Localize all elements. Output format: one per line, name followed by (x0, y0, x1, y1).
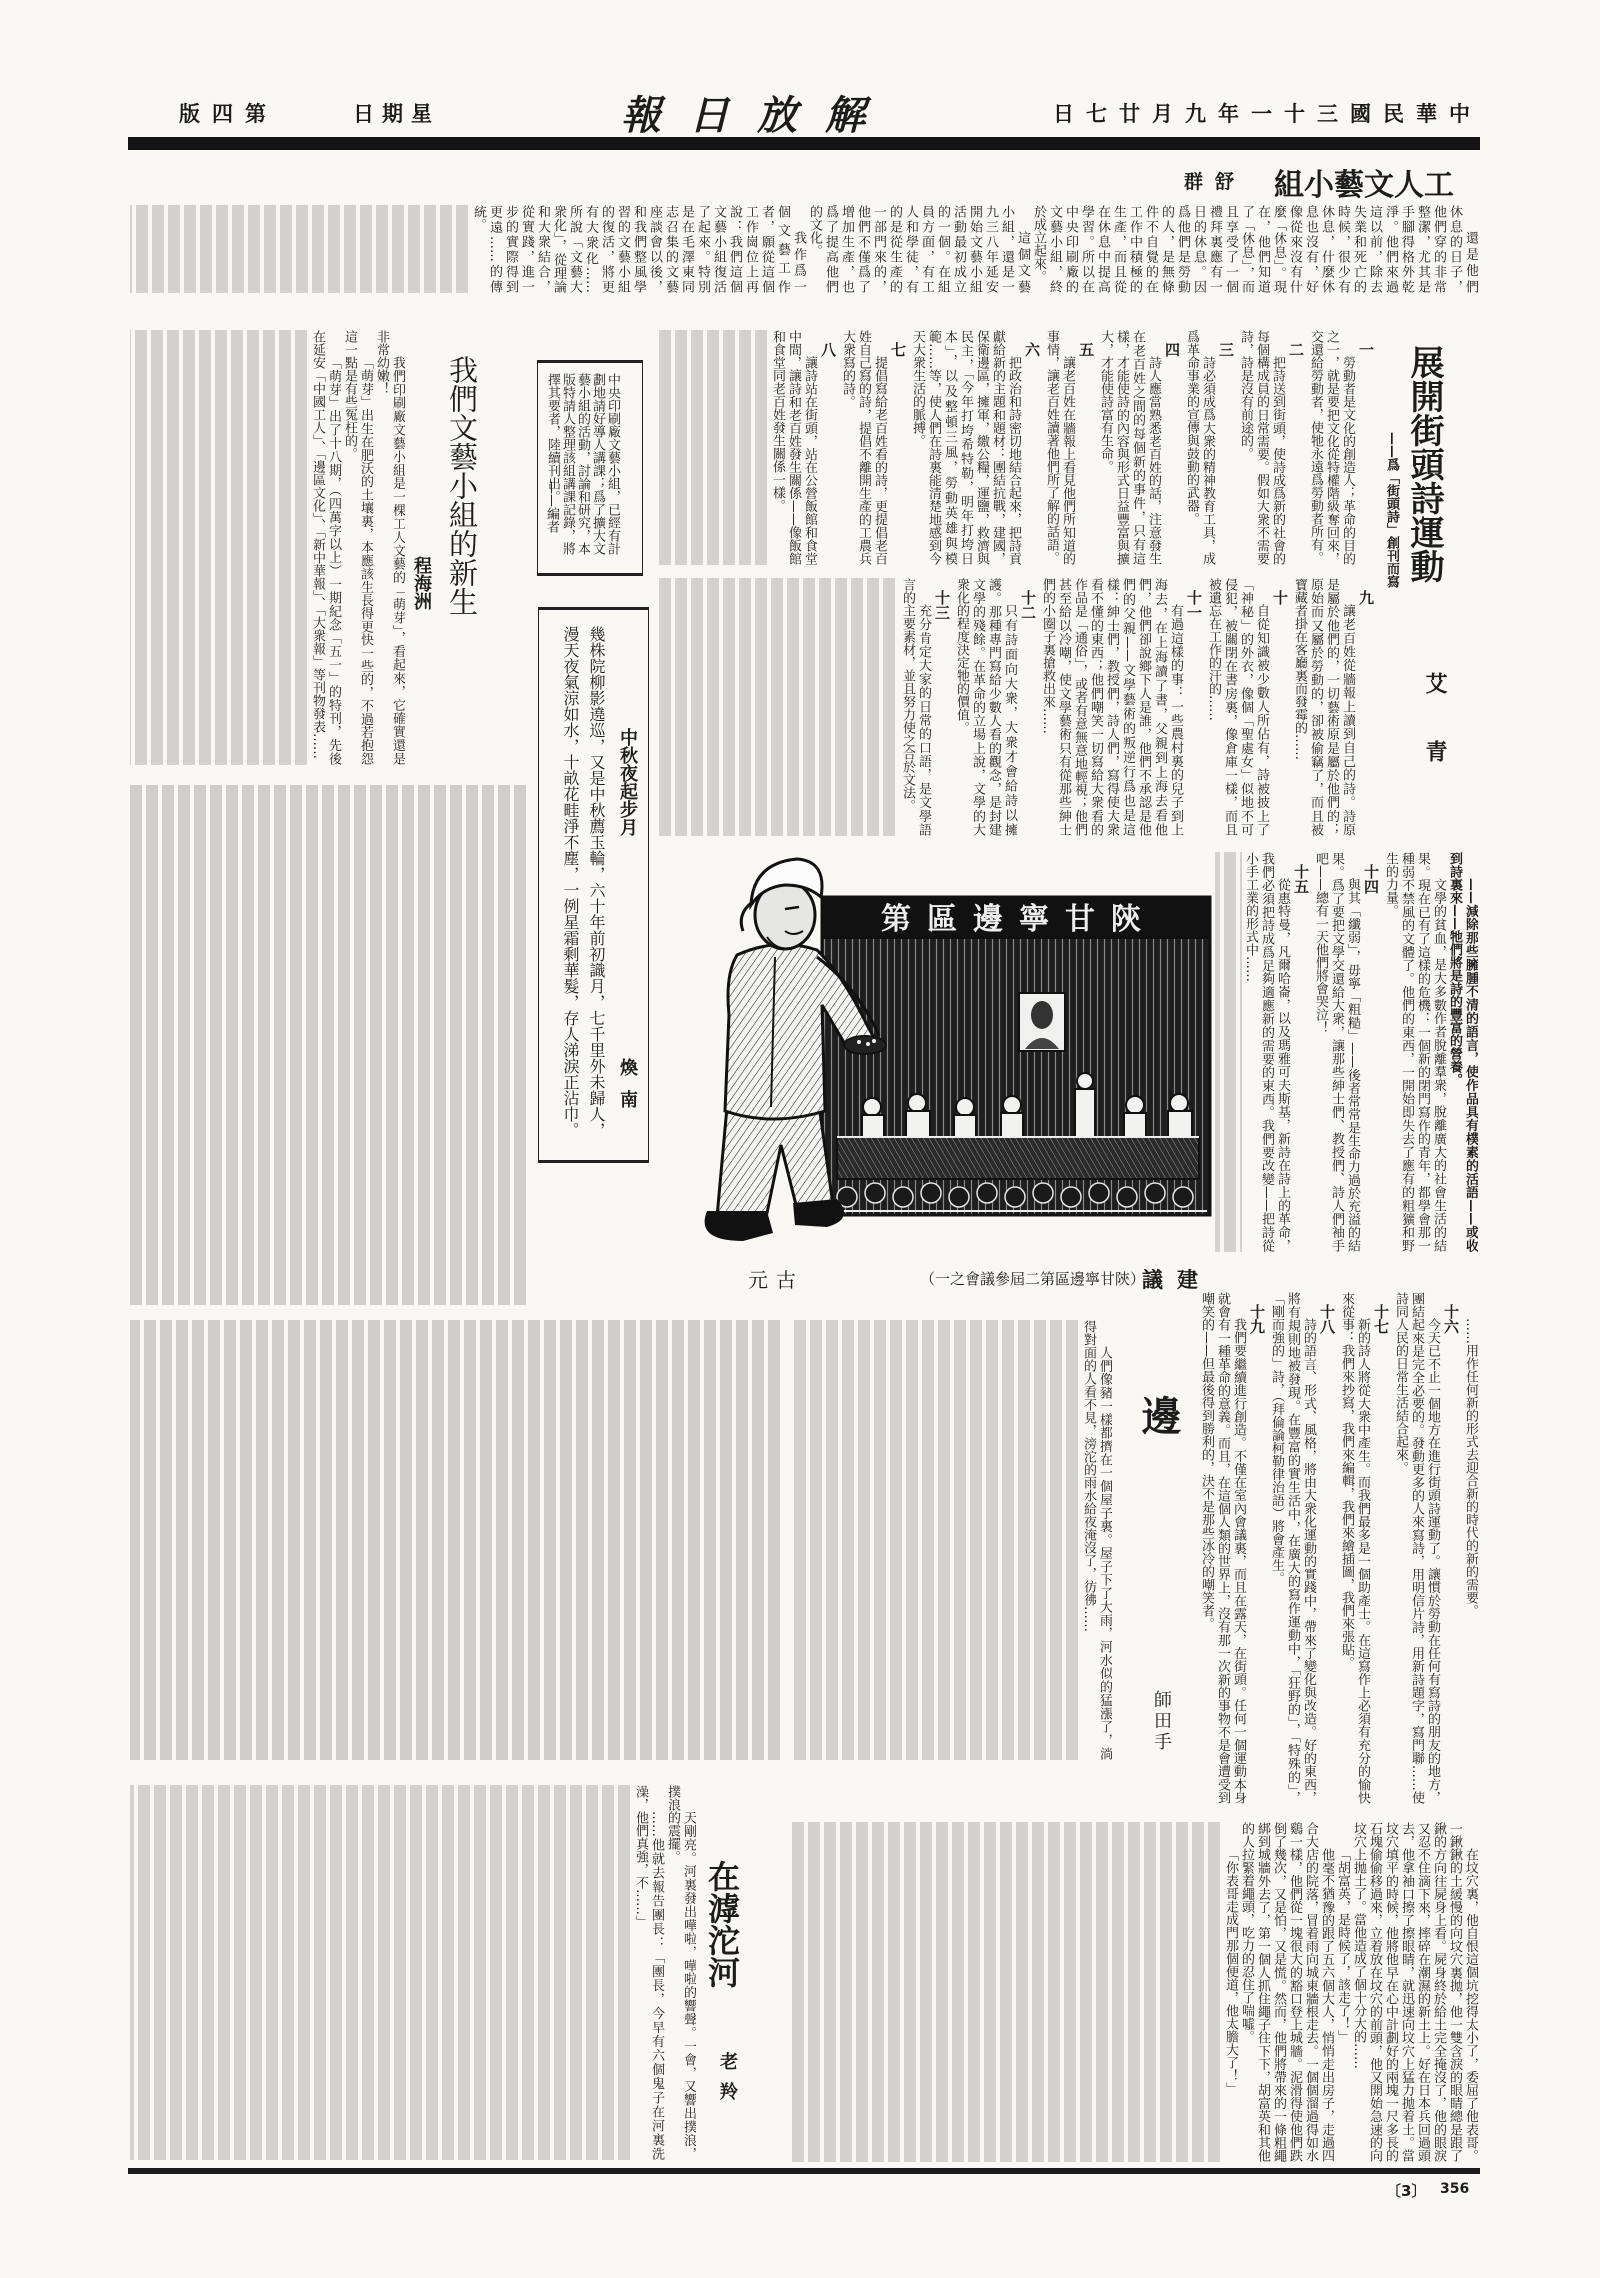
woodcut-illustration: 陝甘寧邊區第 (667, 845, 1212, 1245)
weekday: 星期日 (350, 98, 440, 128)
section-text-bold: ——減除那些臃腫不清的語言，使作品具有樸素的活語——或收到詩裏來——牠們將是詩的… (1446, 852, 1478, 1252)
paragraph: 我作爲一個文藝工作者，願從這個工作崗位上再說：我們這個文藝小組復活了起來。特別是… (470, 205, 806, 293)
section-text: 把政治和詩密切地結合起來，把詩貢獻給新的主題和題材：團結抗戰，建國，保衛邊區，擁… (909, 330, 1021, 565)
street-poetry-subtitle: ——爲「街頭詩」創刊而寫 (1383, 432, 1399, 588)
hutuo-story-author: 老羚 (716, 2052, 738, 2112)
section-text: 與其「纖弱」，毋寧「粗糙」——後者常常是生命力過於充溢的結果。爲了要把文學交還給… (1312, 852, 1360, 1252)
section-text: 有過這樣的事：一些農村裏的兒子到上海去，在上海讀了書，父親到上海去看他們，他們卻… (1039, 578, 1183, 836)
page-serial-number: 356 (1440, 2181, 1469, 2197)
street-poetry-author: 艾青 (1422, 672, 1446, 808)
newspaper-name: 解放日報 (618, 84, 893, 141)
paragraph: 人們像豬一樣都擠在一個屋子裏。屋子下了大雨，河水似的猛漲了，淌得對面的人看不見，… (1080, 1320, 1112, 1760)
portrait-frame (1019, 993, 1065, 1051)
poem-box: 中秋夜起步月 煥南 幾株院柳影遶巡，又是中秋薦玉輪，六十年前初識月，七千里外未歸… (538, 607, 649, 1163)
paragraph: 「萌芽」出了十八期，（四萬字以上）一期紀念「五一」的特刊，先後在延安「中國工人」… (309, 330, 341, 765)
woodcut-caption-note: （陝甘寧邊區第二屆參議會之一） (895, 1268, 1145, 1289)
stage-banner: 陝甘寧邊區第 (881, 902, 1157, 937)
group-rebirth-body: 我們印刷廠文藝小組是一棵工人文藝的「萌芽」，看起來，它確實還是非常幼嫩！ 「萌芽… (130, 330, 405, 765)
section-number: 十三 (931, 578, 953, 836)
paragraph: 「萌芽」出生在肥沃的土壤裏，本應該生長得更快一些的，不過若抱怨這一點是有些冤枉的… (341, 330, 373, 765)
paragraph: 還是他們休息的日子，他們穿的非常整潔，尤其是手腳得格外乾淨。他們來過這以前，除去… (1030, 205, 1478, 293)
stage-scene: 陝甘寧邊區第 (822, 897, 1210, 1215)
section-text: 讓老百姓在牆報上看見他們所知道的事情，讓老百姓讀著他們所了解的話語。 (1043, 330, 1075, 565)
woodcut-artist: 古元 (744, 1264, 804, 1293)
section-text: ……用作任何新的形式去迎合新的時代的新的需要。 (1462, 1292, 1478, 1804)
group-rebirth-continued-text (130, 785, 528, 1305)
section-text: 詩人應當熟悉老百姓的話，注意發生在老百姓之間的每個新的事件，只有這樣，才能使詩的… (1097, 330, 1161, 565)
paragraph: 「你表哥走成門那個便道，他太膽大了！」 (1222, 1822, 1238, 2162)
workers-group-author: 舒群 (1184, 167, 1246, 194)
editor-note-text: 中央印刷廠文藝小組，已經有計劃地請好導人講課；爲了擴大文藝小組的活動，討論和研究… (545, 373, 620, 563)
section-text: 我們要繼續進行創造。不僅在室內會議裏，而且在露天，在街頭。任何一個運動本身就會有… (1200, 1292, 1246, 1804)
section-number: 二 (1285, 330, 1307, 565)
section-number: 十一 (1183, 578, 1205, 836)
section-text: 新的詩人將從大衆中產生。而我們最多是一個助產士。在這寫作上必須有充分的愉快來從事… (1338, 1292, 1370, 1804)
section-number: 十四 (1360, 852, 1382, 1252)
hutuo-story-body: 天剛亮。河裏發出嘩啦，嘩啦的響聲。一會，又響出撲浪，撲浪的震擺。 ……他就去報告… (130, 1785, 696, 2160)
street-poetry-title: 展開街頭詩運動 (1404, 345, 1444, 583)
page-label: 第四版 (178, 98, 278, 128)
section-number: 五 (1075, 330, 1097, 565)
workers-group-body: 還是他們休息的日子，他們穿的非常整潔，尤其是手腳得格外乾淨。他們來過這以前，除去… (130, 205, 1478, 293)
section-text: 勞動者是文化的創造人；革命的目的之一，就是要把文化從特權階級奪回來，交還給勞動者… (1307, 330, 1355, 565)
section-number: 十 (1269, 578, 1291, 836)
section-number: 七 (887, 330, 909, 565)
workers-group-title: 工人文藝小組 (1272, 160, 1454, 204)
section-text: 只有詩面向大衆，大衆才會給詩以擁護。那種專門寫給少數人看的觀念，是封建文學的殘餘… (953, 578, 1017, 836)
section-number: 九 (1355, 578, 1377, 836)
editor-note-box: 中央印刷廠文藝小組，已經有計劃地請好導人講課；爲了擴大文藝小組的活動，討論和研究… (537, 360, 643, 576)
street-poetry-upper-block: 一 勞動者是文化的創造人；革命的目的之一，就是要把文化從特權階級奪回來，交還給勞… (655, 330, 1377, 565)
section-text: 提倡寫給老百姓看的詩，更提倡老百姓自己寫的詩，提倡不離開生產的工農兵大衆寫的詩。 (839, 330, 887, 565)
border-story-continued-text (130, 1320, 782, 1760)
section-number: 十九 (1246, 1292, 1268, 1804)
paragraph: 天剛亮。河裏發出嘩啦，嘩啦的響聲。一會，又響出撲浪，撲浪的震擺。 (664, 1785, 696, 2160)
group-rebirth-title: 我們文藝小組的新生 (444, 355, 480, 616)
paragraph: 在坟穴裏，他自恨這個坑挖得太小了，委屈了他表哥。一鍬鍬的土緩慢的向坟穴裏拋，他一… (1350, 1822, 1478, 2162)
section-number: 六 (1021, 330, 1043, 565)
section-text: 從惠特曼，凡爾哈崙，以及瑪雅可夫斯基，新詩在詩上的革命，我們必須把詩成爲足夠適應… (1242, 852, 1290, 1252)
poem-author: 煥南 (616, 1058, 638, 1122)
section-text: 自從知識被少數人所佔有，詩被披上了「神秘」的外衣，像個「聖處女」似地不可侵犯，被… (1205, 578, 1269, 836)
paragraph: 這個文藝小組，還是一九三八年延安開始文藝小組活動最初成立的一個。在組員方面，有工… (806, 205, 1030, 293)
section-text: 讓老百姓從牆報上讀到自己的詩。詩原是屬於他們的，一切藝術原是屬於他們的；原始而又… (1291, 578, 1355, 836)
poem-title: 中秋夜起步月 (616, 728, 638, 836)
masthead-rule (128, 137, 1480, 150)
newspaper-page: 第四版 星期日 解放日報 中華民國三十一年九月廿七日 工人文藝小組 舒群 還是他… (0, 0, 1600, 2278)
group-rebirth-author: 程海洲 (410, 556, 432, 610)
section-number: 十五 (1290, 852, 1312, 1252)
section-number: 十七 (1370, 1292, 1392, 1804)
section-number: 一 (1355, 330, 1377, 565)
poem-line: 漫天夜氣涼如水，十畝花畦淨不塵，一例星霜剩華髮，存人涕淚正沾巾。 (558, 626, 582, 1138)
street-poetry-lower-right-band: ……用作任何新的形式去迎合新的時代的新的需要。 十六 今天已不止一個地方在進行街… (1200, 1292, 1478, 1804)
street-poetry-right-band: ——減除那些臃腫不清的語言，使作品具有樸素的活語——或收到詩裏來——牠們將是詩的… (1215, 852, 1478, 1252)
section-text: 充分肯定大家的日常的口語，是文學語言的主要素材，並且努力使之合於文法。 (899, 578, 931, 836)
border-story-author: 師田手 (1150, 1690, 1172, 1753)
paragraph: 他毫不猶豫的跟了五六個大人，悄悄走出房子，走過四合大店的院落，冒着雨向城東牆根走… (1238, 1822, 1334, 2162)
section-text: 讓詩站在街頭，站在公營飯館和食堂中間，讓詩和老百姓發生關係——像飯館和食堂同老百… (769, 330, 817, 565)
issue-date: 中華民國三十一年九月廿七日 (1018, 98, 1482, 128)
section-text: 詩的語言、形式、風格，將由大衆化運動的實踐中，帶來了變化與改造。好的東西，將有規… (1268, 1292, 1316, 1804)
section-number: 十八 (1316, 1292, 1338, 1804)
section-text: 文學的貧血，是大多數作者脫離羣衆，脫離廣大的社會生活的結果。現在已有了這樣的危機… (1382, 852, 1446, 1252)
section-number: 四 (1161, 330, 1183, 565)
bottom-rule (128, 2168, 1480, 2174)
hutuo-story-title: 在滹沱河 (704, 1860, 740, 1988)
paragraph: 我們印刷廠文藝小組是一棵工人文藝的「萌芽」，看起來，它確實還是非常幼嫩！ (373, 330, 405, 765)
street-poetry-lower-block: 九 讓老百姓從牆報上讀到自己的詩。詩原是屬於他們的，一切藝術原是屬於他們的；原始… (655, 578, 1377, 836)
woodcut-caption-title: 建議 (1150, 1264, 1212, 1294)
page-bracket-number: 〔3〕 (1386, 2180, 1426, 2201)
section-number: 十六 (1440, 1292, 1462, 1804)
section-number: 十二 (1017, 578, 1039, 836)
border-story-title: 邊 (1136, 1395, 1180, 1435)
section-number: 三 (1215, 330, 1237, 565)
poem-line: 幾株院柳影遶巡，又是中秋薦玉輪，六十年前初識月，七千里外未歸人， (584, 626, 608, 1138)
paragraph: ……他就去報告團長：「團長，今早有六個鬼子在河裏洗澡，他們真強，不……」 (632, 1785, 664, 2160)
editor-note-signature: ——編者 (544, 481, 559, 533)
border-story-body-middle: 人們像豬一樣都擠在一個屋子裏。屋子下了大雨，河水似的猛漲了，淌得對面的人看不見，… (790, 1320, 1112, 1760)
border-story-body-bottom: 在坟穴裏，他自恨這個坑挖得太小了，委屈了他表哥。一鍬鍬的土緩慢的向坟穴裏拋，他一… (790, 1822, 1478, 2162)
section-number: 八 (817, 330, 839, 565)
section-text: 詩必須成爲大衆的精神教育工具，成爲革命事業的宣傳與鼓動的武器。 (1183, 330, 1215, 565)
section-text: 今天已不止一個地方在進行街頭詩運動了。讓慣於勞動在任何有寫詩的朋友的地方，團結起… (1392, 1292, 1440, 1804)
section-text: 把詩送到街頭，使詩成爲新的社會的每個構成員的日常需要。假如大衆不需要詩，詩是沒有… (1237, 330, 1285, 565)
paragraph: 「胡富英，是時候了，該走了！」 (1334, 1822, 1350, 2162)
